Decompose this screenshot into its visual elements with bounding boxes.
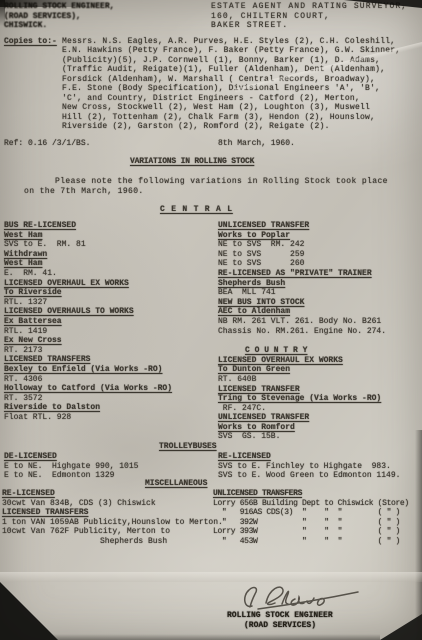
photo-edge-left-top-shadow <box>0 0 5 26</box>
section-trolleybuses-heading: TROLLEYBUSES <box>159 442 217 451</box>
intro-paragraph: Please note the following variations in … <box>0 177 422 196</box>
doc-line: 10cwt Van 762F Publicity, Merton to <box>2 527 223 537</box>
doc-line: Works to Poplar <box>218 231 386 241</box>
doc-line: RT. 640B <box>218 375 386 385</box>
doc-line: Shepherds Bush <box>2 537 223 547</box>
doc-line: (Traffic Audit, Reigate)(1), Fuller (Ald… <box>62 65 400 74</box>
miscellaneous-right-column: UNLICENSED TRANSFERSLorry 656B Building … <box>213 489 409 547</box>
memo-date: 8th March, 1960. <box>218 139 295 148</box>
doc-line: LICENSED OVERHAUL EX WORKS <box>218 356 386 366</box>
doc-line: LICENSED TRANSFERS <box>4 355 172 365</box>
doc-line: SVS to E. RM. 81 <box>4 240 172 250</box>
doc-line: West Ham <box>4 259 172 269</box>
section-central-heading: C E N T R A L <box>160 205 233 214</box>
doc-line: West Ham <box>4 231 172 241</box>
signature-script <box>236 582 376 612</box>
doc-line: on the 7th March, 1960. <box>0 187 422 197</box>
doc-line: BEA MLL 741 <box>218 288 386 298</box>
doc-line: 30cwt Van 834B, CDS (3) Chiswick <box>2 499 223 509</box>
doc-line: Ex Battersea <box>4 317 172 327</box>
doc-line: Ex New Cross <box>4 336 172 346</box>
doc-line: SVS GS. 15B. <box>218 432 386 442</box>
photo-corner-top-right-shadow <box>344 0 422 8</box>
doc-line: 160, CHILTERN COURT, <box>211 12 407 22</box>
doc-line: Holloway to Catford (Via Works -RO) <box>4 384 172 394</box>
doc-line: Lorry 656B Building Dept to Chiswick (St… <box>213 499 409 509</box>
copies-list: Messrs. N.S. Eagles, A.R. Purves, H.E. S… <box>62 37 400 131</box>
signature-title: ROLLING STOCK ENGINEER <box>227 611 333 620</box>
doc-line: LICENSED OVERHAULS TO WORKS <box>4 307 172 317</box>
photo-edge-bottom-shadow <box>50 634 380 640</box>
doc-line: NE to SVS 260 <box>218 259 386 269</box>
doc-line: UNLICENSED TRANSFER <box>218 221 386 231</box>
doc-line: SVS to E. Finchley to Highgate 983. <box>218 462 400 472</box>
doc-line: Lorry 393W " " " ( " ) <box>213 527 409 537</box>
doc-line: SVS to E. Wood Green to Edmonton 1149. <box>218 471 400 481</box>
doc-line: Riverside to Dalston <box>4 403 172 413</box>
section-miscellaneous-heading: MISCELLANEOUS <box>145 479 207 488</box>
doc-line: RTL. 1327 <box>4 298 172 308</box>
doc-line: CHISWICK. <box>4 21 114 31</box>
doc-line: RE-LICENSED AS "PRIVATE" TRAINER <box>218 269 386 279</box>
doc-line: LICENSED OVERHAUL EX WORKS <box>4 279 172 289</box>
doc-line: UNLICENSED TRANSFERS <box>213 489 409 499</box>
doc-line: LICENSED TRANSFERS <box>2 508 223 518</box>
doc-line: Please note the following variations in … <box>0 177 422 187</box>
doc-line: RE-LICENSED <box>2 489 223 499</box>
doc-line: RF. 247C. <box>218 404 386 414</box>
doc-line: " 392W " " " ( " ) <box>213 518 409 528</box>
paper-crease-bottom <box>0 572 422 582</box>
doc-line: RT. 4306 <box>4 375 172 385</box>
doc-line: NE to SVS 259 <box>218 250 386 260</box>
doc-line: E to NE. Edmonton 1329 <box>4 471 138 481</box>
memo-title: VARIATIONS IN ROLLING STOCK <box>130 157 254 166</box>
central-left-column: BUS RE-LICENSEDWest HamSVS to E. RM. 81W… <box>4 221 172 422</box>
copies-label: Copies to:- <box>4 37 57 46</box>
doc-line: Riverside (2), Garston (2), Romford (2),… <box>62 122 400 131</box>
doc-line: To Dunton Green <box>218 365 386 375</box>
doc-line: E.N. Hawkins (Petty France), F. Baker (P… <box>62 46 400 55</box>
doc-line: Bexley to Enfield (Via Works -RO) <box>4 365 172 375</box>
photo-edge-right-shadow <box>415 430 422 640</box>
doc-line: E to NE. Highgate 990, 1015 <box>4 462 138 472</box>
doc-line: Chassis No. RM.261. Engine No. 274. <box>218 327 386 337</box>
doc-line: C O U N T R Y <box>218 346 386 356</box>
scanned-memo-page: ROLLING STOCK ENGINEER,(ROAD SERVICES),C… <box>0 0 422 640</box>
doc-line: Withdrawn <box>4 250 172 260</box>
doc-line: Tring to Stevenage (Via Works -RO) <box>218 394 386 404</box>
trolleybuses-right-column: RE-LICENSEDSVS to E. Finchley to Highgat… <box>218 452 400 481</box>
central-right-column: UNLICENSED TRANSFERWorks to PoplarNE to … <box>218 221 386 442</box>
doc-line: " 453W " " " ( " ) <box>213 537 409 547</box>
doc-line: AEC to Aldenham <box>218 307 386 317</box>
doc-line: NB RM. 261 VLT. 261. Body No. B261 <box>218 317 386 327</box>
photo-corner-bottom-left-shadow <box>0 582 58 640</box>
doc-line: To Riverside <box>4 288 172 298</box>
doc-line: 'C', and Country, District Engineers - C… <box>62 94 400 103</box>
doc-line: Hill (2), Tottenham (2), Chalk Farm (3),… <box>62 113 400 122</box>
doc-line: (ROAD SERVICES), <box>4 12 114 22</box>
ref-number: Ref: 0.16 /3/1/BS. <box>4 139 90 148</box>
trolleybuses-left-column: DE-LICENSEDE to NE. Highgate 990, 1015E … <box>4 452 138 481</box>
doc-line: BAKER STREET. <box>211 21 407 31</box>
doc-line: BUS RE-LICENSED <box>4 221 172 231</box>
photo-corner-top-left-shadow <box>0 0 110 7</box>
doc-line: LICENSED TRANSFER <box>218 385 386 395</box>
doc-line: RT. 3572 <box>4 394 172 404</box>
signature-subtitle: (ROAD SERVICES) <box>244 621 316 630</box>
doc-line: UNLICENSED TRANSFER <box>218 413 386 423</box>
doc-line: " 916AS CDS(3) " " " ( " ) <box>213 508 409 518</box>
doc-line: E. RM. 41. <box>4 269 172 279</box>
doc-line: DE-LICENSED <box>4 452 138 462</box>
doc-line: NE to SVS RM. 242 <box>218 240 386 250</box>
doc-line: RE-LICENSED <box>218 452 400 462</box>
doc-line: New Cross, Stockwell (2), West Ham (2), … <box>62 103 400 112</box>
doc-line: 1 ton VAN 1059AB Publicity,Hounslow to M… <box>2 518 223 528</box>
doc-line: RTL. 1419 <box>4 327 172 337</box>
doc-line: Forsdick (Aldenham), W. Marshall ( Centr… <box>62 75 400 84</box>
miscellaneous-left-column: RE-LICENSED30cwt Van 834B, CDS (3) Chisw… <box>2 489 223 547</box>
doc-line: F.E. Stone (Body Specification), Divisio… <box>62 84 400 93</box>
doc-line: NEW BUS INTO STOCK <box>218 298 386 308</box>
doc-line: Shepherds Bush <box>218 279 386 289</box>
doc-line: Float RTL. 928 <box>4 413 172 423</box>
doc-line: RT. 2173 <box>4 346 172 356</box>
